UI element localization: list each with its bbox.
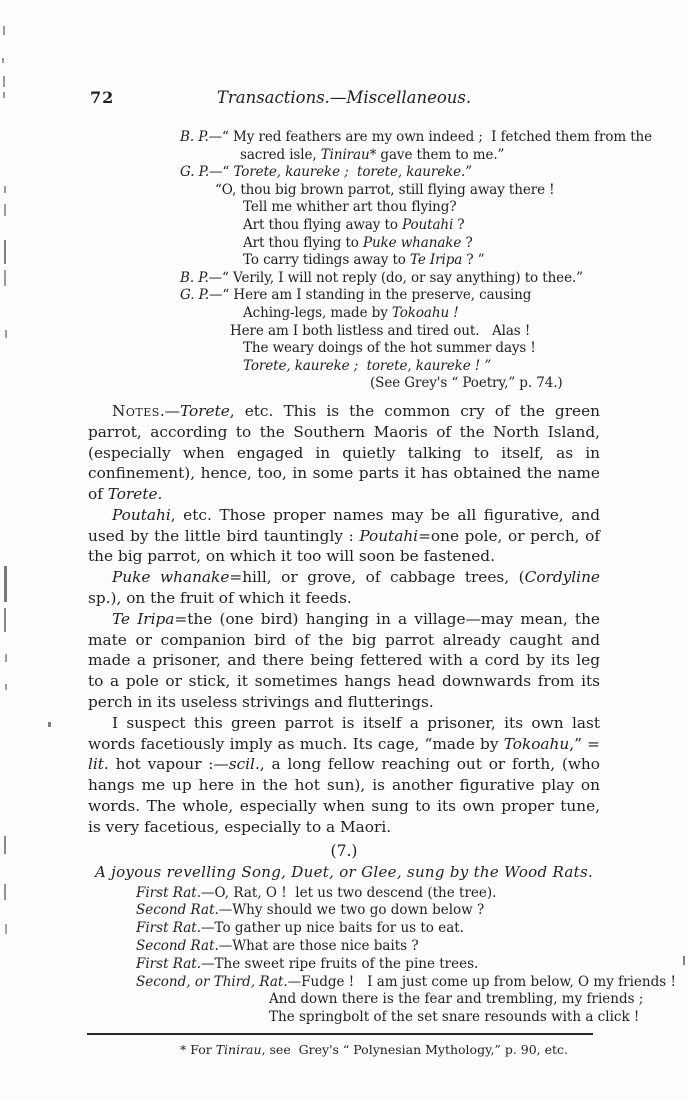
scan-artifact (3, 76, 5, 87)
scan-artifact (683, 956, 685, 965)
scan-artifact (4, 608, 6, 632)
section-number: (7.) (88, 840, 600, 862)
verse-line: Tell me whither art thou flying? (243, 199, 600, 217)
scan-artifact (4, 186, 6, 193)
song-heading: A joyous revelling Song, Duet, or Glee, … (88, 862, 600, 882)
page-number: 72 (90, 88, 114, 107)
verse-line: Torete, kaureke ; torete, kaureke ! ” (243, 358, 600, 376)
scan-artifact (4, 884, 6, 900)
notes-paragraph: Poutahi, etc. Those proper names may be … (88, 505, 600, 567)
rat-line: Second Rat.—Why should we two go down be… (136, 902, 600, 920)
dialogue-line: G. P.—“ Here am I standing in the preser… (180, 287, 600, 305)
source-reference: (See Grey's “ Poetry,” p. 74.) (370, 375, 600, 393)
verse-line: The weary doings of the hot summer days … (243, 340, 600, 358)
dialogue-line: B. P.—“ My red feathers are my own indee… (180, 129, 600, 147)
footnote-text: * For Tinirau, see Grey's “ Polynesian M… (180, 1042, 600, 1057)
scan-artifact (3, 26, 5, 35)
verse-line: Art thou flying away to Poutahi ? (243, 217, 600, 235)
scan-artifact (5, 684, 7, 690)
page-header: 72 Transactions.—Miscellaneous. (88, 88, 600, 108)
scan-artifact (2, 58, 4, 63)
rat-line: Second Rat.—What are those nice baits ? (136, 938, 600, 956)
verse-line: Here am I both listless and tired out. A… (230, 323, 600, 341)
running-head: Transactions.—Miscellaneous. (88, 88, 600, 107)
dialogue-line: G. P.—“ Torete, kaureke ; torete, kaurek… (180, 164, 600, 182)
parrot-dialogue: B. P.—“ My red feathers are my own indee… (88, 129, 600, 393)
verse-line: “O, thou big brown parrot, still flying … (215, 182, 600, 200)
dialogue-line: B. P.—“ Verily, I will not reply (do, or… (180, 270, 600, 288)
scan-artifact (5, 924, 7, 934)
rat-line: And down there is the fear and trembling… (269, 991, 600, 1009)
notes-section: Notes.—Torete, etc. This is the common c… (88, 401, 600, 838)
rat-line: First Rat.—To gather up nice baits for u… (136, 920, 600, 938)
scan-artifact (5, 654, 7, 662)
rat-line: First Rat.—The sweet ripe fruits of the … (136, 956, 600, 974)
page-content: 72 Transactions.—Miscellaneous. B. P.—“ … (88, 88, 600, 1057)
notes-paragraph: Te Iripa=the (one bird) hanging in a vil… (88, 609, 600, 713)
scan-artifact (4, 270, 6, 286)
notes-paragraph: I suspect this green parrot is itself a … (88, 713, 600, 838)
verse-line: To carry tidings away to Te Iripa ? ” (243, 252, 600, 270)
dialogue-line: sacred isle, Tinirau* gave them to me.” (240, 147, 600, 165)
book-page: 72 Transactions.—Miscellaneous. B. P.—“ … (0, 0, 689, 1100)
scan-artifact (48, 722, 51, 727)
verse-line: Aching-legs, made by Tokoahu ! (243, 305, 600, 323)
rat-song: First Rat.—O, Rat, O ! let us two descen… (88, 885, 600, 1027)
rat-line: First Rat.—O, Rat, O ! let us two descen… (136, 885, 600, 903)
scan-artifact (4, 240, 6, 264)
scan-artifact (4, 204, 6, 216)
notes-paragraph: Notes.—Torete, etc. This is the common c… (88, 401, 600, 505)
scan-artifact (4, 836, 6, 854)
scan-artifact (4, 566, 7, 602)
notes-paragraph: Puke whanake=hill, or grove, of cabbage … (88, 567, 600, 609)
footnote-area: * For Tinirau, see Grey's “ Polynesian M… (88, 1033, 600, 1057)
footnote-rule (87, 1033, 593, 1035)
rat-line: The springbolt of the set snare resounds… (269, 1009, 600, 1027)
scan-artifact (5, 330, 7, 338)
scan-artifact (3, 92, 5, 98)
verse-line: Art thou flying to Puke whanake ? (243, 235, 600, 253)
rat-line: Second, or Third, Rat.—Fudge ! I am just… (136, 974, 600, 992)
